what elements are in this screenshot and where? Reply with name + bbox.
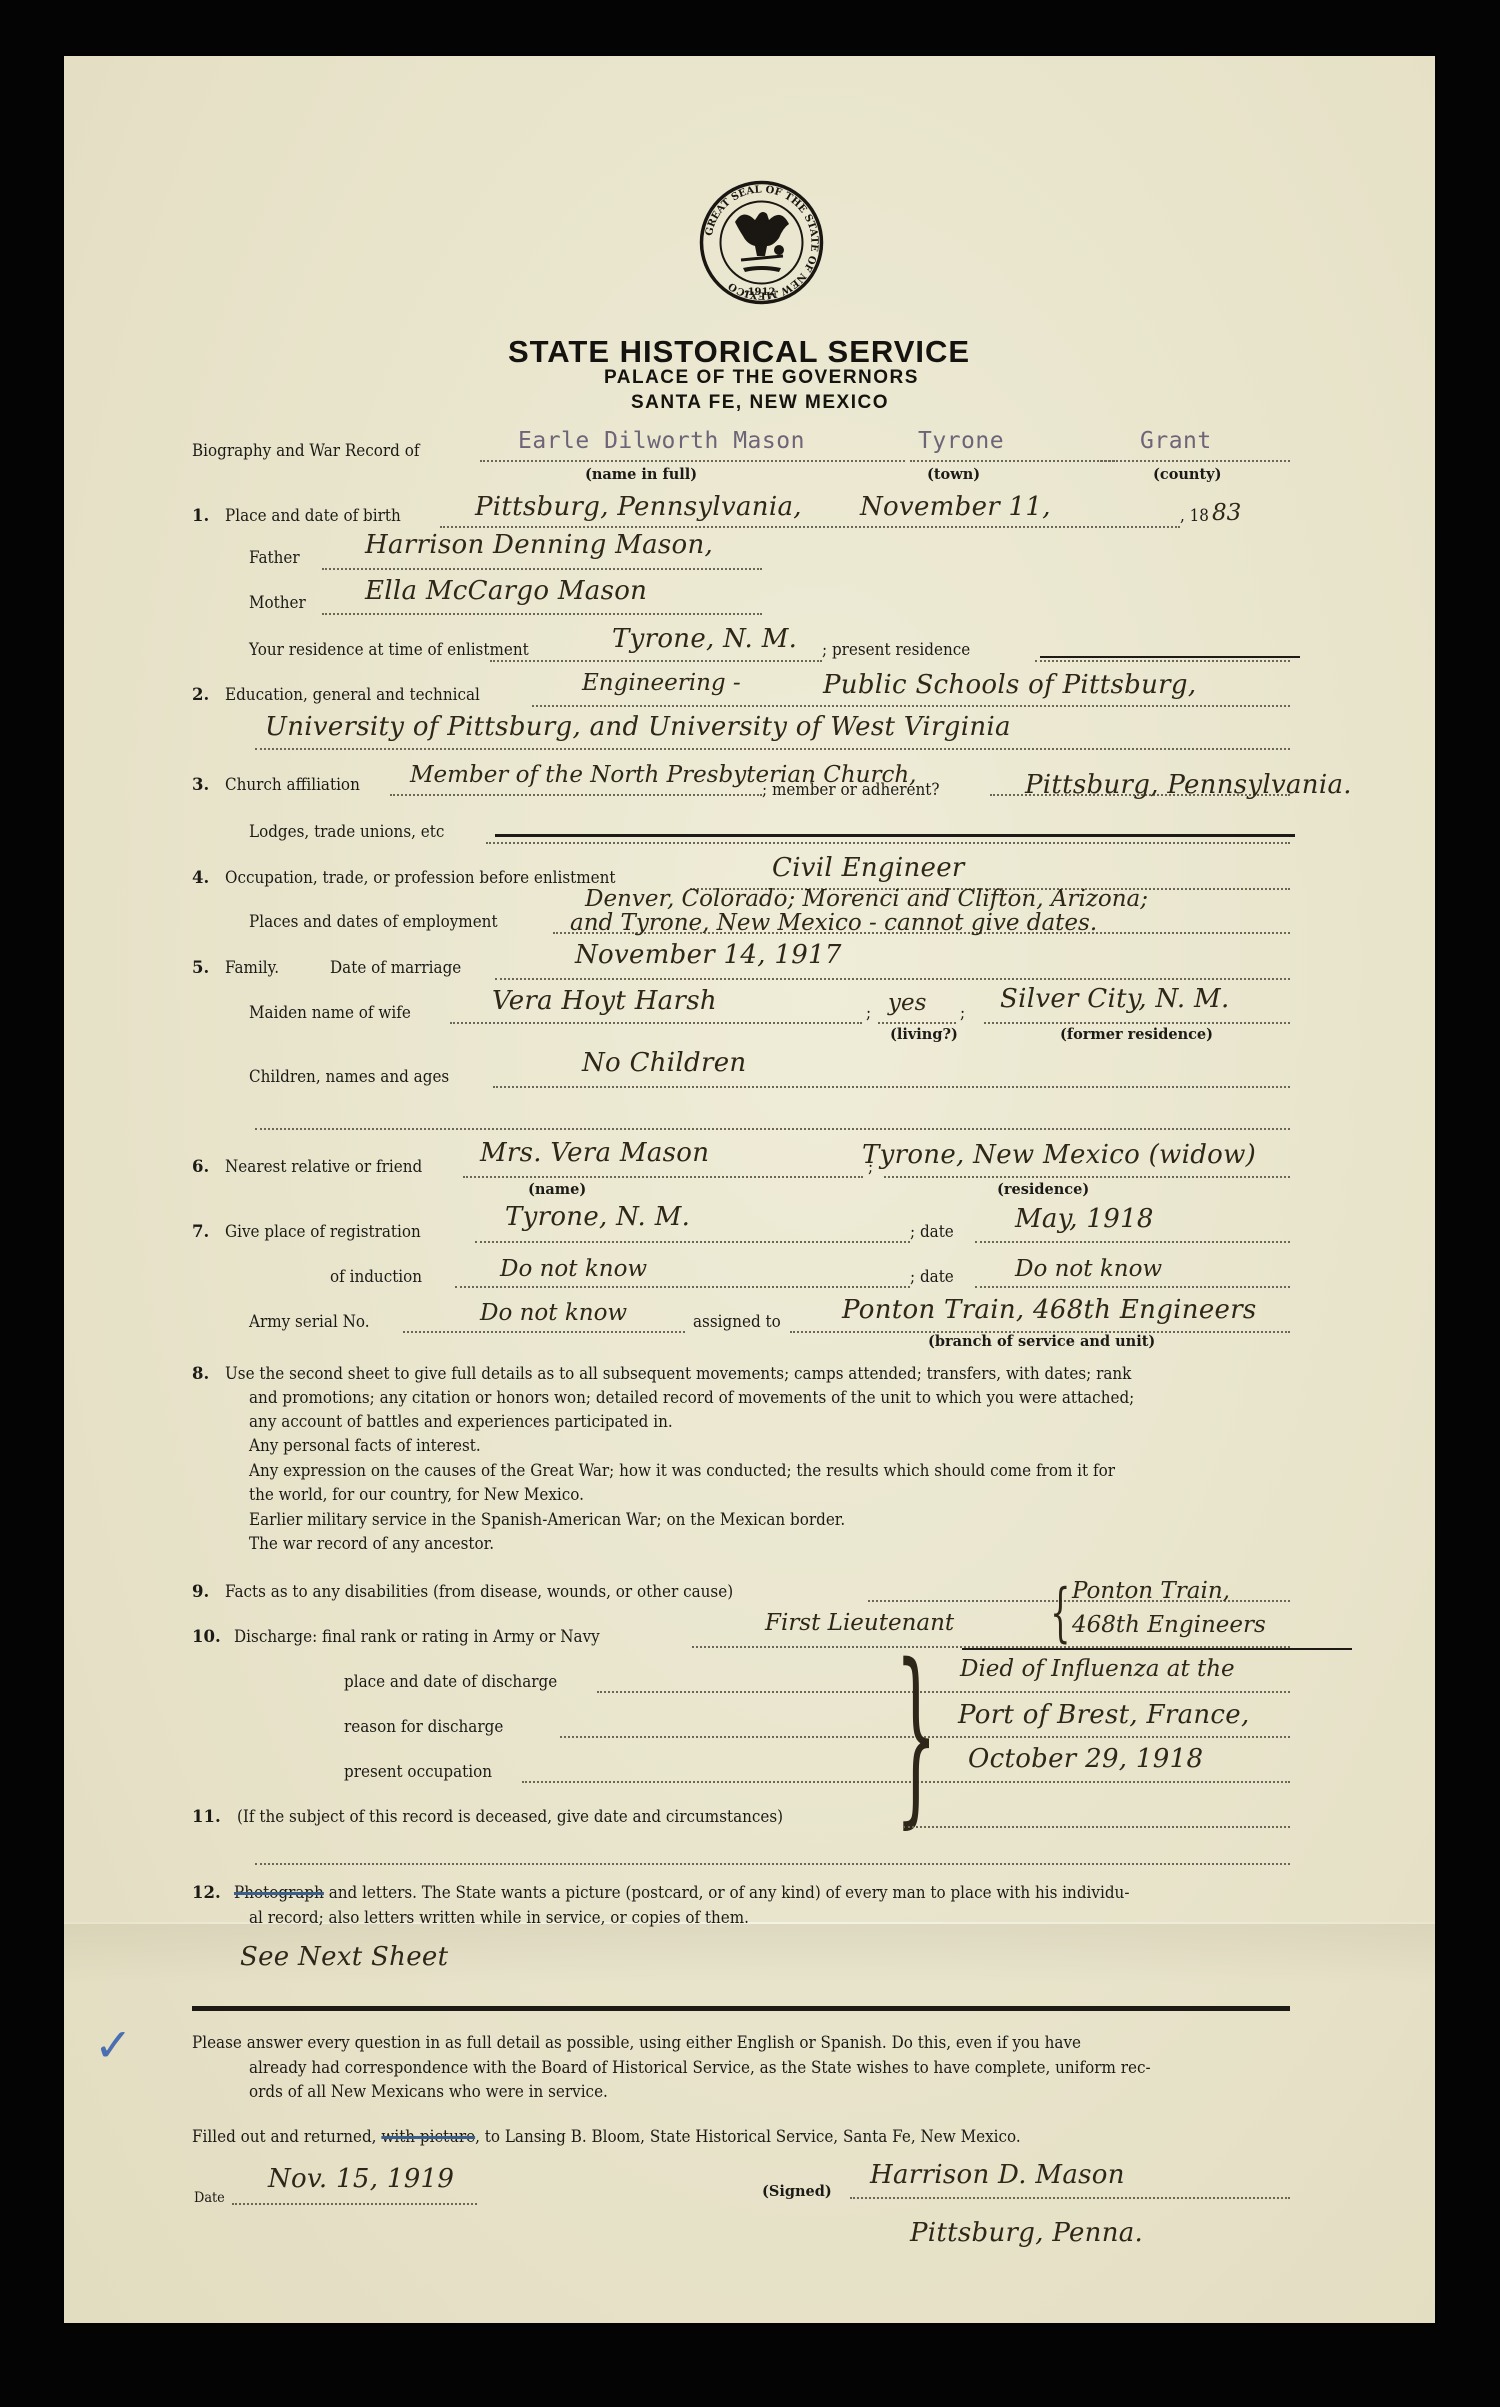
registration-date-label: ; date — [910, 1222, 954, 1241]
death-field-2[interactable]: Port of Brest, France, — [958, 1700, 1250, 1730]
church-line — [390, 794, 762, 796]
see-next-sheet-note[interactable]: See Next Sheet — [240, 1942, 448, 1972]
wife-living-field[interactable]: yes — [888, 990, 926, 1016]
serial-field[interactable]: Do not know — [480, 1300, 627, 1326]
wife-former-residence-field[interactable]: Silver City, N. M. — [1000, 984, 1230, 1014]
church-label: Church affiliation — [225, 775, 360, 794]
nearest-relative-name-field[interactable]: Mrs. Vera Mason — [480, 1138, 709, 1168]
induction-place-field[interactable]: Do not know — [500, 1256, 647, 1282]
instructions-line: ords of all New Mexicans who were in ser… — [249, 2082, 608, 2101]
children-label: Children, names and ages — [249, 1067, 449, 1086]
year-prefix: , 18 — [1180, 506, 1209, 525]
county-line — [1100, 460, 1290, 462]
subtitle-location: SANTA FE, NEW MEXICO — [631, 392, 889, 414]
lodges-label: Lodges, trade unions, etc — [249, 822, 444, 841]
svg-text:·1912·: ·1912· — [744, 287, 779, 298]
marriage-line — [495, 978, 1290, 980]
deceased-label: (If the subject of this record is deceas… — [237, 1807, 783, 1826]
children-line-2 — [255, 1128, 1290, 1130]
present-occupation-label: present occupation — [344, 1762, 492, 1781]
photo-letters-text-2: al record; also letters written while in… — [249, 1908, 749, 1927]
education-field-1b[interactable]: Public Schools of Pittsburg, — [823, 670, 1196, 700]
birth-label: Place and date of birth — [225, 506, 401, 525]
mother-label: Mother — [249, 593, 306, 612]
church-field-b[interactable]: Pittsburg, Pennsylvania. — [1025, 770, 1352, 800]
assigned-field[interactable]: Ponton Train, 468th Engineers — [842, 1295, 1257, 1325]
employment-label: Places and dates of employment — [249, 912, 498, 931]
registration-line — [475, 1241, 910, 1243]
q8-line: Any personal facts of interest. — [249, 1436, 481, 1455]
former-residence-line — [984, 1022, 1290, 1024]
present-residence-strike — [1040, 656, 1300, 658]
employment-field-2[interactable]: and Tyrone, New Mexico - cannot give dat… — [570, 910, 1097, 936]
town-line — [910, 460, 1115, 462]
q5-number: 5. — [192, 958, 209, 977]
education-field-2[interactable]: University of Pittsburg, and University … — [265, 712, 1011, 742]
children-line-1 — [493, 1086, 1290, 1088]
discharge-unit-field-1[interactable]: Ponton Train, — [1072, 1578, 1230, 1604]
separator-semicolon: ; — [960, 1003, 965, 1022]
q8-number: 8. — [192, 1364, 209, 1383]
eagle-seal-icon: GREAT SEAL OF THE STATE OF NEW MEXICO ·1… — [699, 180, 824, 305]
q12-number: 12. — [192, 1883, 221, 1902]
mother-line — [322, 613, 762, 615]
induction-date-field[interactable]: Do not know — [1015, 1256, 1162, 1282]
education-line-1 — [532, 705, 1290, 707]
q8-line: any account of battles and experiences p… — [249, 1412, 673, 1431]
wife-name-field[interactable]: Vera Hoyt Harsh — [492, 986, 717, 1016]
instructions-line: Please answer every question in as full … — [192, 2033, 1081, 2052]
q10-number: 10. — [192, 1627, 221, 1646]
instructions-line: already had correspondence with the Boar… — [249, 2058, 1151, 2077]
nearest-relative-residence-caption: (residence) — [997, 1181, 1089, 1198]
town-caption: (town) — [927, 466, 980, 483]
q8-line: Earlier military service in the Spanish-… — [249, 1510, 845, 1529]
q11-number: 11. — [192, 1807, 221, 1826]
discharge-place-label: place and date of discharge — [344, 1672, 557, 1691]
struck-with-picture: with picture — [381, 2127, 475, 2146]
nearest-relative-residence-field[interactable]: Tyrone, New Mexico (widow) — [862, 1140, 1256, 1170]
father-line — [322, 568, 762, 570]
induction-date-line — [975, 1286, 1290, 1288]
father-field[interactable]: Harrison Denning Mason, — [365, 530, 713, 560]
photo-letters-text: and letters. The State wants a picture (… — [324, 1883, 1130, 1902]
marriage-date-field[interactable]: November 14, 1917 — [575, 940, 842, 970]
living-caption: (living?) — [890, 1026, 958, 1043]
date-field[interactable]: Nov. 15, 1919 — [268, 2164, 454, 2194]
wife-label: Maiden name of wife — [249, 1003, 411, 1022]
discharge-rank-label: Discharge: final rank or rating in Army … — [234, 1627, 600, 1646]
q8-line: Use the second sheet to give full detail… — [225, 1364, 1131, 1383]
former-residence-caption: (former residence) — [1060, 1026, 1213, 1043]
discharge-unit-field-2[interactable]: 468th Engineers — [1072, 1612, 1266, 1638]
q3-number: 3. — [192, 775, 209, 794]
deceased-line-2 — [255, 1863, 1290, 1865]
page-title: STATE HISTORICAL SERVICE — [508, 334, 970, 370]
separator-semicolon: ; — [866, 1003, 871, 1022]
lodges-strike — [495, 834, 1295, 837]
signature-place-field[interactable]: Pittsburg, Penna. — [910, 2218, 1143, 2248]
living-line — [878, 1022, 956, 1024]
date-label: Date — [194, 2190, 225, 2206]
nearest-relative-line — [463, 1176, 863, 1178]
county-field[interactable]: Grant — [1140, 428, 1212, 454]
employment-field-1[interactable]: Denver, Colorado; Morenci and Clifton, A… — [585, 886, 1148, 912]
death-brace: } — [895, 1640, 937, 1830]
birth-place-field[interactable]: Pittsburg, Pennsylvania, — [475, 492, 802, 522]
struck-photograph: Photograph — [234, 1883, 324, 1902]
family-label: Family. — [225, 958, 279, 977]
subtitle-palace: PALACE OF THE GOVERNORS — [604, 367, 919, 389]
assigned-label: assigned to — [693, 1312, 781, 1331]
q4-number: 4. — [192, 868, 209, 887]
nearest-relative-name-caption: (name) — [528, 1181, 586, 1198]
county-caption: (county) — [1153, 466, 1221, 483]
unit-underline — [962, 1648, 1352, 1650]
occupation-field[interactable]: Civil Engineer — [772, 853, 965, 883]
registration-date-line — [975, 1241, 1290, 1243]
returned-text-a: Filled out and returned, — [192, 2127, 381, 2146]
enlist-residence-label: Your residence at time of enlistment — [249, 640, 529, 659]
record-label: Biography and War Record of — [192, 441, 419, 460]
induction-date-label: ; date — [910, 1267, 954, 1286]
serial-line — [403, 1331, 685, 1333]
q8-line: the world, for our country, for New Mexi… — [249, 1485, 584, 1504]
birth-year-field[interactable]: 83 — [1212, 500, 1241, 526]
father-label: Father — [249, 548, 300, 567]
registration-date-field[interactable]: May, 1918 — [1015, 1204, 1154, 1234]
q2-number: 2. — [192, 685, 209, 704]
birth-date-field[interactable]: November 11, — [860, 492, 1051, 522]
marriage-label: Date of marriage — [330, 958, 461, 977]
q9-number: 9. — [192, 1582, 209, 1601]
present-residence-label: ; present residence — [822, 640, 970, 659]
q8-line: The war record of any ancestor. — [249, 1534, 494, 1553]
check-mark-icon: ✓ — [94, 2018, 133, 2072]
discharge-place-line — [597, 1691, 1290, 1693]
q8-line: and promotions; any citation or honors w… — [249, 1388, 1134, 1407]
section-divider — [192, 2006, 1290, 2011]
nearest-relative-residence-line — [884, 1176, 1290, 1178]
enlist-residence-line — [490, 660, 822, 662]
name-field[interactable]: Earle Dilworth Mason — [518, 428, 805, 454]
date-line — [232, 2203, 477, 2205]
discharge-reason-label: reason for discharge — [344, 1717, 503, 1736]
name-line — [480, 460, 905, 462]
induction-line — [455, 1286, 910, 1288]
induction-label: of induction — [330, 1267, 422, 1286]
returned-text-b: , to Lansing B. Bloom, State Historical … — [475, 2127, 1021, 2146]
birth-line — [440, 526, 1180, 528]
present-residence-line — [1035, 660, 1290, 662]
assigned-caption: (branch of service and unit) — [928, 1333, 1155, 1350]
signature-field[interactable]: Harrison D. Mason — [870, 2160, 1125, 2190]
name-caption: (name in full) — [585, 466, 697, 483]
q6-number: 6. — [192, 1157, 209, 1176]
children-field[interactable]: No Children — [582, 1048, 746, 1078]
deceased-line — [903, 1826, 1290, 1828]
mother-field[interactable]: Ella McCargo Mason — [365, 576, 647, 606]
education-field-1a[interactable]: Engineering - — [582, 670, 741, 696]
occupation-label: Occupation, trade, or profession before … — [225, 868, 616, 887]
signature-line — [850, 2197, 1290, 2199]
lodges-line — [486, 842, 1290, 844]
registration-place-field[interactable]: Tyrone, N. M. — [505, 1202, 690, 1232]
serial-label: Army serial No. — [249, 1312, 370, 1331]
q1-number: 1. — [192, 506, 209, 525]
disabilities-label: Facts as to any disabilities (from disea… — [225, 1582, 733, 1601]
death-field-3[interactable]: October 29, 1918 — [968, 1744, 1203, 1774]
enlist-residence-field[interactable]: Tyrone, N. M. — [612, 624, 797, 654]
member-adherent-label: ; member or adherent? — [762, 780, 940, 799]
unit-brace: { — [1050, 1576, 1070, 1650]
town-field[interactable]: Tyrone — [918, 428, 1004, 454]
education-line-2 — [255, 748, 1290, 750]
education-label: Education, general and technical — [225, 685, 480, 704]
wife-line — [450, 1022, 862, 1024]
q8-line: Any expression on the causes of the Grea… — [249, 1461, 1115, 1480]
q7-number: 7. — [192, 1222, 209, 1241]
nearest-relative-label: Nearest relative or friend — [225, 1157, 422, 1176]
death-field-1[interactable]: Died of Influenza at the — [960, 1656, 1235, 1682]
signed-label: (Signed) — [762, 2183, 832, 2200]
registration-label: Give place of registration — [225, 1222, 421, 1241]
